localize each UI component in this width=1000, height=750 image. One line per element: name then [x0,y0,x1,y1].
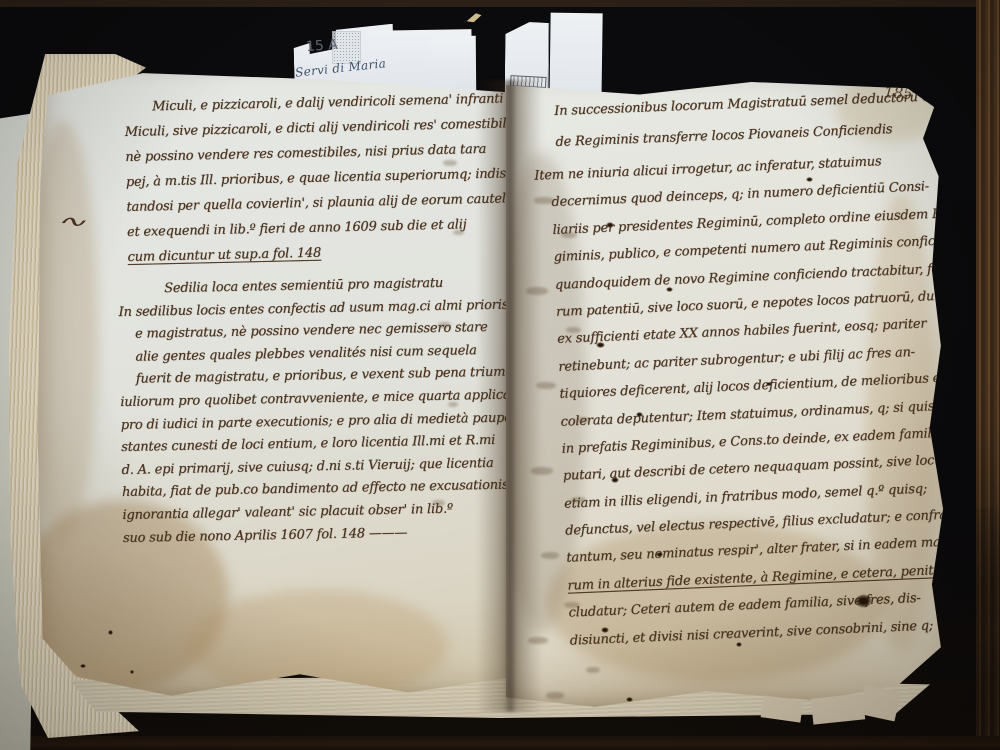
ink-smear [541,552,559,559]
ink-smear [526,287,548,295]
ink-smear [546,692,564,699]
ink-blot [611,477,619,483]
ink-blot [666,287,673,292]
ink-blot [108,630,113,635]
left-page-paragraph-2: Sedilia loca entes semientiū pro magistr… [118,274,547,553]
ink-smear [528,637,548,644]
ink-smear [586,667,600,673]
photograph-of-open-manuscript: 15 A Servi di Maria 237 ∿ Miculi, e pizz… [0,0,1000,750]
ink-smear [576,417,590,423]
ink-smear [443,160,457,166]
ink-blot [855,594,872,608]
table-edge-bottom [0,736,1000,750]
table-edge-top [0,0,1000,7]
ink-smear [571,497,586,503]
slip-shelfmark-label: 15 A [305,37,338,55]
ink-blot [636,412,643,417]
ink-smear [566,327,581,333]
ink-blot [626,697,633,702]
ink-smear [534,197,554,204]
manuscript-page-verso: ∿ Miculi, e pizzicaroli, e dalij vendiri… [38,70,514,702]
ink-blot [596,342,605,348]
manuscript-page-recto: 185 In successionibus locorum Magistratu… [506,82,952,710]
torn-paper-fragment [811,693,865,724]
ink-blot [80,664,86,668]
ink-smear [536,382,556,389]
wood-shelf-right [976,0,1000,750]
margin-flourish-mark: ∿ [52,211,90,232]
ink-blot [606,222,614,228]
ink-blot [130,670,134,674]
ink-smear [531,467,553,475]
archival-slip-layer [430,36,477,96]
left-page-paragraph-1: Miculi, e pizzicaroli, e dalij vendirico… [124,91,532,275]
ink-blot [766,382,772,386]
ink-blot [601,627,609,633]
right-page-paragraph-2: Item ne iniuria alicui irrogetur, ac inf… [550,150,1000,661]
ink-blot [806,177,813,182]
ink-smear [564,602,580,608]
ink-smear [561,232,577,238]
torn-paper-fragment [859,685,900,722]
ink-smear [432,500,445,506]
torn-paper-fragment [761,695,804,722]
ink-blot [736,642,742,647]
ink-blot [656,552,663,557]
ink-smear [438,322,451,328]
dust-speck [465,12,483,25]
ink-smear [453,230,464,235]
ink-smear [448,402,458,407]
